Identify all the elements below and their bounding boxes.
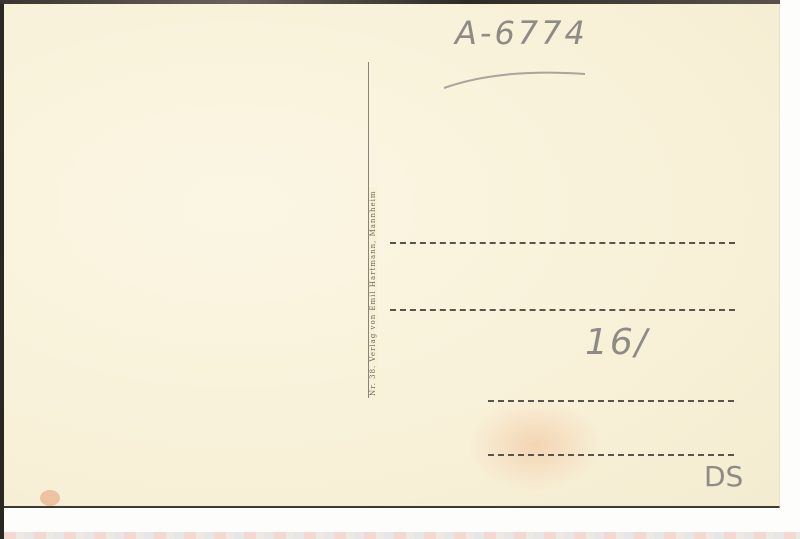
postcard-back — [4, 4, 780, 508]
handwritten-catalog-number: A-6774 — [455, 14, 588, 52]
address-line-3 — [488, 400, 734, 402]
pencil-underline-stroke — [440, 68, 590, 92]
publisher-imprint: Nr. 38. Verlag von Emil Hartmann, Mannhe… — [369, 187, 377, 400]
address-line-4 — [488, 454, 734, 456]
scan-bottom-strip — [4, 532, 800, 539]
handwritten-price: 16/ — [585, 322, 649, 363]
foxing-stain — [470, 400, 600, 490]
address-line-2 — [390, 309, 735, 311]
foxing-spot — [40, 490, 60, 506]
address-line-1 — [390, 242, 735, 244]
handwritten-initials: DS — [704, 460, 743, 493]
